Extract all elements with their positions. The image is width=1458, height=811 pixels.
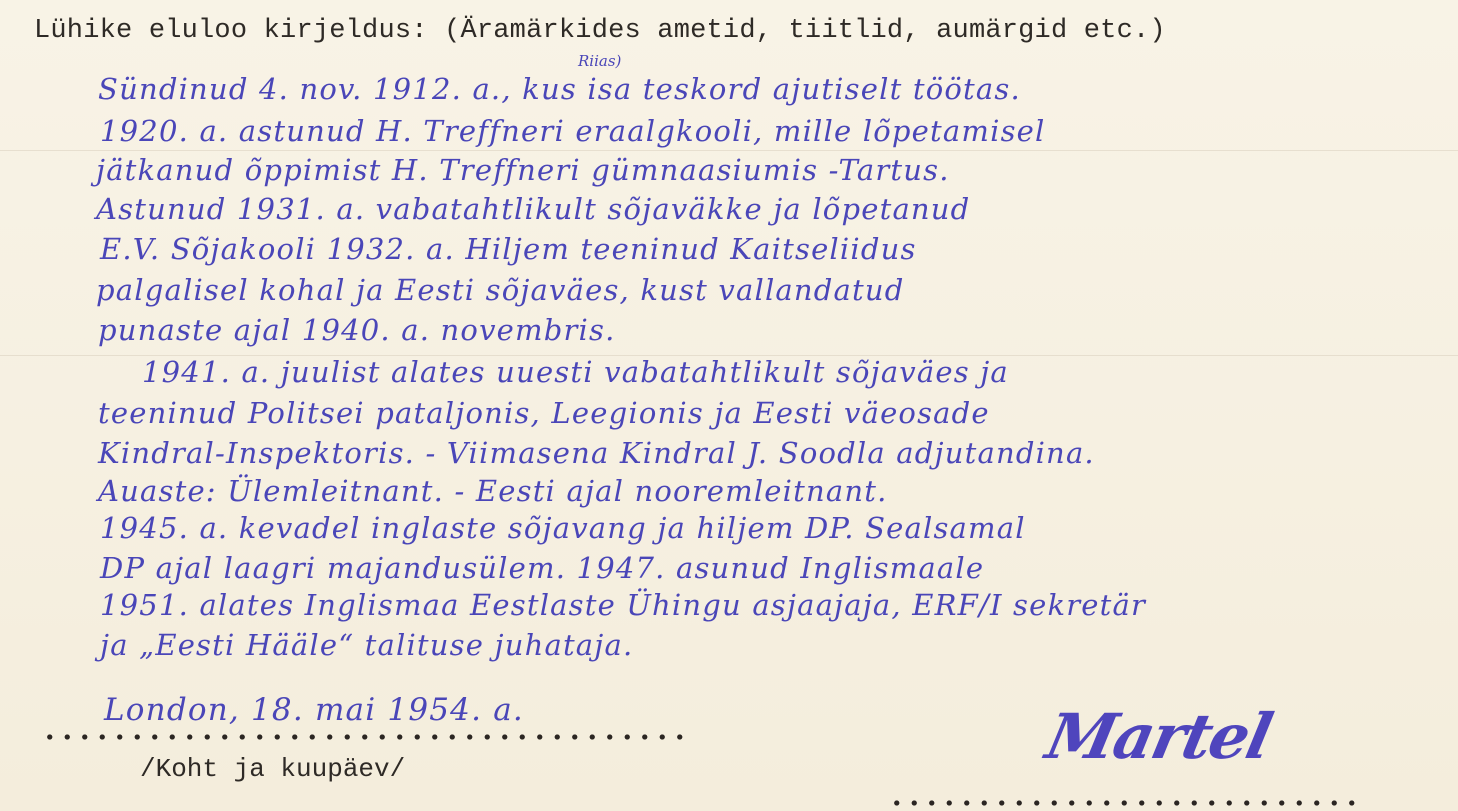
handwritten-line: Sündinud 4. nov. 1912. a., kus isa tesko…: [98, 72, 1021, 106]
handwritten-line: Astunud 1931. a. vabatahtlikult sõjaväkk…: [96, 192, 970, 226]
place-and-date: London, 18. mai 1954. a.: [104, 692, 524, 728]
handwritten-line: 1941. a. juulist alates uuesti vabatahtl…: [142, 355, 1009, 389]
dotted-signature-line: [888, 800, 1363, 806]
handwritten-line: 1945. a. kevadel inglaste sõjavang ja hi…: [100, 511, 1026, 545]
handwritten-line: 1920. a. astunud H. Treffneri eraalgkool…: [100, 114, 1045, 148]
handwritten-line: E.V. Sõjakooli 1932. a. Hiljem teeninud …: [100, 232, 917, 266]
paper-fold-line: [0, 150, 1458, 151]
dotted-signature-line-place-date: [41, 734, 683, 740]
handwritten-line: Kindral-Inspektoris. - Viimasena Kindral…: [98, 436, 1095, 470]
handwritten-line: jätkanud õppimist H. Treffneri gümnaasiu…: [96, 153, 950, 187]
handwritten-line: 1951. alates Inglismaa Eestlaste Ühingu …: [100, 588, 1146, 622]
place-date-label: /Koht ja kuupäev/: [140, 754, 405, 784]
signature: Martel: [1040, 700, 1277, 773]
handwritten-line: DP ajal laagri majandusülem. 1947. asunu…: [100, 551, 984, 585]
margin-annotation: Riias): [578, 52, 621, 70]
handwritten-line: punaste ajal 1940. a. novembris.: [98, 313, 616, 347]
handwritten-line: teeninud Politsei pataljonis, Leegionis …: [98, 396, 990, 430]
handwritten-line: palgalisel kohal ja Eesti sõjaväes, kust…: [96, 273, 905, 307]
document-page: Lühike eluloo kirjeldus: (Äramärkides am…: [0, 0, 1458, 811]
form-heading: Lühike eluloo kirjeldus: (Äramärkides am…: [34, 16, 1166, 46]
handwritten-line: Auaste: Ülemleitnant. - Eesti ajal noore…: [98, 474, 888, 508]
handwritten-line: ja „Eesti Hääle“ talituse juhataja.: [100, 628, 633, 662]
